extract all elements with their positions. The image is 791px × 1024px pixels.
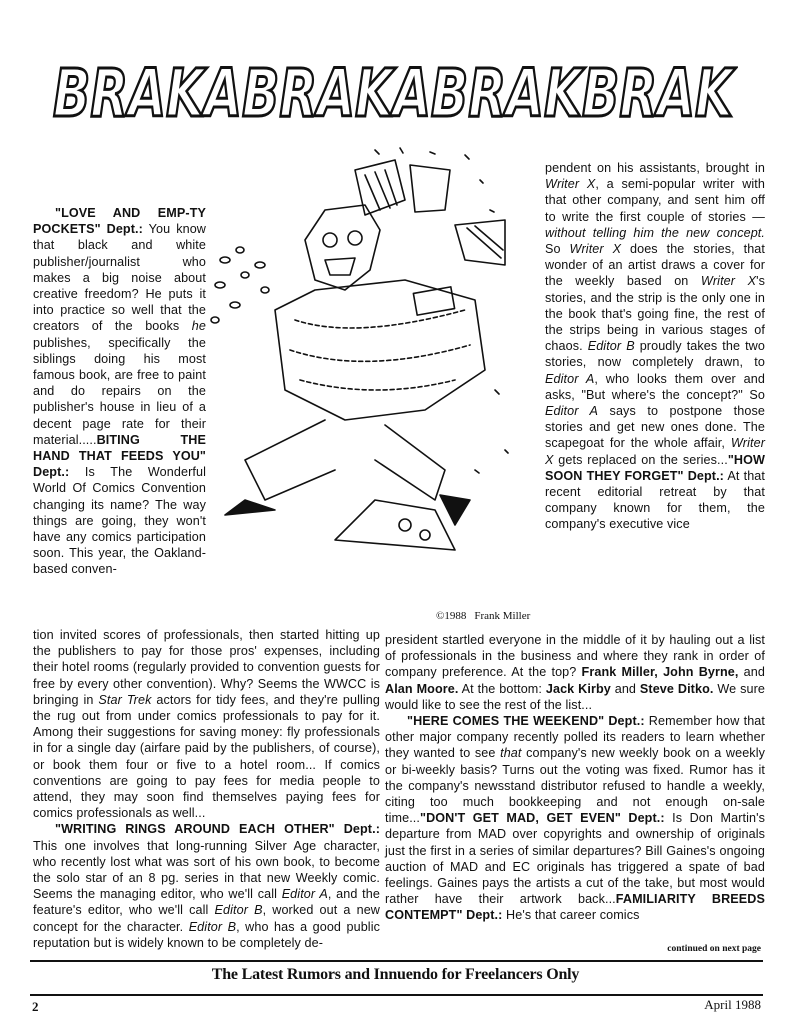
page-number: 2 <box>32 999 39 1015</box>
footer-rule-bottom <box>30 994 763 996</box>
svg-text:BRAKABRAKABRAKBRAK: BRAKABRAKABRAKBRAK <box>53 58 737 128</box>
article-column-right-bottom: president startled everyone in the middl… <box>385 632 765 924</box>
dept-heading-here-comes-the-weekend: "HERE COMES THE WEEKEND" Dept.: <box>407 714 645 728</box>
continued-note: continued on next page <box>667 944 761 954</box>
footer-rule-top <box>30 960 763 962</box>
masthead-title: BRAKABRAKABRAKBRAK <box>48 58 738 128</box>
footer-title: The Latest Rumors and Innuendo for Freel… <box>0 966 791 984</box>
illustration-credit: ©1988Frank Miller <box>436 610 530 622</box>
dept-heading-dont-get-mad: "DON'T GET MAD, GET EVEN" Dept.: <box>420 811 665 825</box>
article-column-right-top: pendent on his assistants, brought in Wr… <box>545 160 765 533</box>
article-column-left-bottom: tion invited scores of professionals, th… <box>33 627 380 951</box>
article-column-left-top: "LOVE AND EMP-TY POCKETS" Dept.: You kno… <box>33 205 206 578</box>
dept-heading-writing-rings: "WRITING RINGS AROUND EACH OTHER" Dept.: <box>55 822 380 836</box>
cartoon-illustration <box>205 140 525 560</box>
issue-date: April 1988 <box>704 997 761 1013</box>
